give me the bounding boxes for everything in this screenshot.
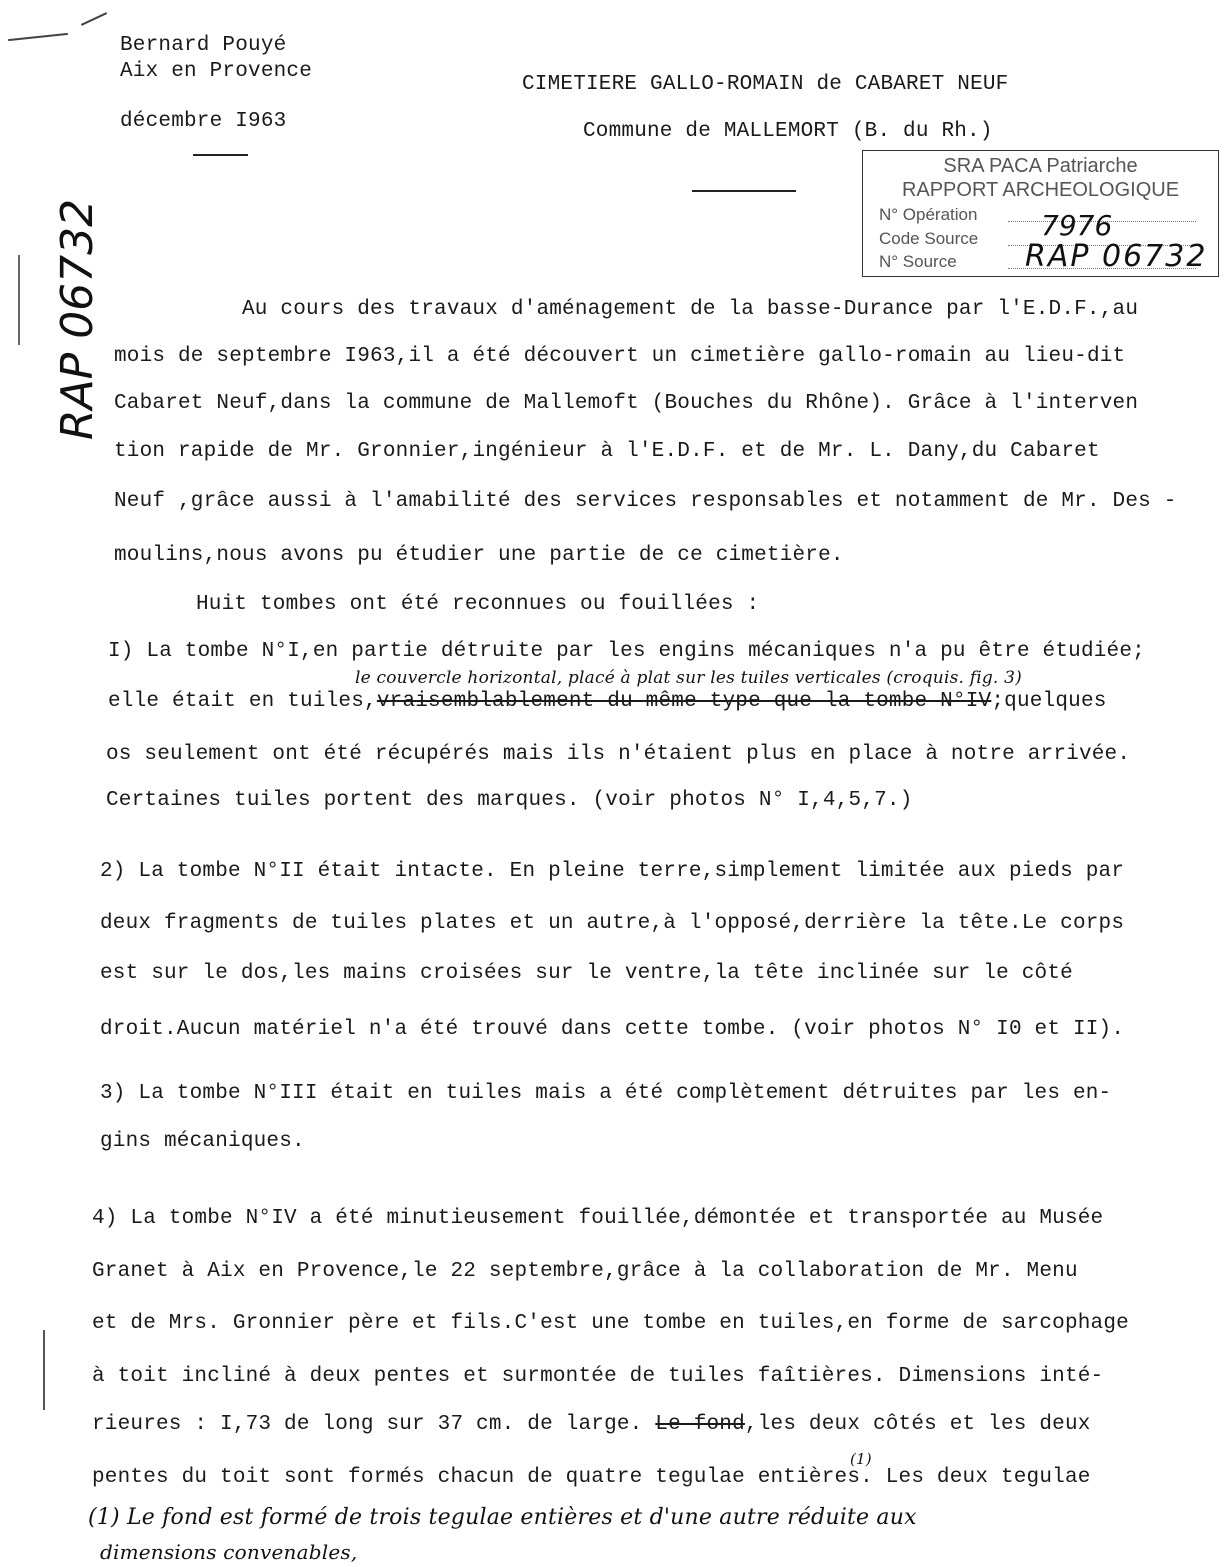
stamp-source-label: N° Source [879, 252, 957, 272]
tomb2-line: 2) La tombe N°II était intacte. En plein… [100, 860, 1124, 883]
tomb4-line: pentes du toit sont formés chacun de qua… [92, 1466, 1091, 1489]
scan-mark [81, 12, 107, 26]
author-city: Aix en Provence [120, 60, 312, 83]
margin-mark [43, 1330, 45, 1410]
author-name: Bernard Pouyé [120, 34, 286, 57]
tomb1-line: os seulement ont été récupérés mais ils … [106, 743, 1130, 766]
tomb4-line5-start: rieures : I,73 de long sur 37 cm. de lar… [92, 1413, 655, 1436]
intro-line: mois de septembre I963,il a été découver… [114, 345, 1125, 368]
margin-mark [18, 255, 20, 345]
document-title: CIMETIERE GALLO-ROMAIN de CABARET NEUF [522, 73, 1008, 96]
tomb1-line: I) La tombe N°I,en partie détruite par l… [108, 640, 1145, 663]
tomb2-line: droit.Aucun matériel n'a été trouvé dans… [100, 1018, 1124, 1041]
intro-line: Cabaret Neuf,dans la commune de Mallemof… [114, 392, 1138, 415]
stamp-code-source-label: Code Source [879, 229, 978, 249]
scan-mark [8, 33, 68, 41]
stamp-operation-label: N° Opération [879, 205, 977, 225]
tomb4-line: 4) La tombe N°IV a été minutieusement fo… [92, 1207, 1103, 1230]
tomb1-line: Certaines tuiles portent des marques. (v… [106, 789, 913, 812]
header-divider-right [692, 190, 796, 192]
margin-reference: RAP 06732 [52, 199, 103, 440]
tomb1-line2-end: ;quelques [991, 690, 1106, 713]
tomb4-line: à toit incliné à deux pentes et surmonté… [92, 1365, 1103, 1388]
commune-line: Commune de MALLEMORT (B. du Rh.) [583, 120, 993, 143]
footnote-line: (1) Le fond est formé de trois tegulae e… [88, 1505, 917, 1530]
tomb3-line: gins mécaniques. [100, 1130, 305, 1153]
tomb1-struck-text: vraisemblablement du même type que la to… [377, 690, 992, 713]
intro-line: tion rapide de Mr. Gronnier,ingénieur à … [114, 440, 1100, 463]
archive-stamp: SRA PACA Patriarche RAPPORT ARCHEOLOGIQU… [862, 150, 1219, 277]
tomb4-line: rieures : I,73 de long sur 37 cm. de lar… [92, 1413, 1091, 1436]
tomb3-line: 3) La tombe N°III était en tuiles mais a… [100, 1082, 1111, 1105]
stamp-line-2: RAPPORT ARCHEOLOGIQUE [863, 179, 1218, 202]
stamp-line-1: SRA PACA Patriarche [863, 155, 1218, 178]
stamp-code-source-value: 7976 [1041, 209, 1112, 242]
tomb1-annotation: le couvercle horizontal, placé à plat su… [355, 668, 1022, 688]
intro-line: moulins,nous avons pu étudier une partie… [114, 544, 844, 567]
header-divider-left [193, 154, 248, 156]
report-date: décembre I963 [120, 110, 286, 133]
tomb4-line: Granet à Aix en Provence,le 22 septembre… [92, 1260, 1078, 1283]
intro-line: Au cours des travaux d'aménagement de la… [242, 298, 1138, 321]
tomb4-struck-text: Le fond [655, 1413, 745, 1436]
tomb1-line: elle était en tuiles,vraisemblablement d… [108, 690, 1107, 713]
tomb4-line: et de Mrs. Gronnier père et fils.C'est u… [92, 1312, 1129, 1335]
stamp-source-value: RAP 06732 [1025, 239, 1207, 274]
tomb2-line: deux fragments de tuiles plates et un au… [100, 912, 1124, 935]
intro-line: Neuf ,grâce aussi à l'amabilité des serv… [114, 490, 1177, 513]
footnote-line: dimensions convenables, [100, 1540, 357, 1564]
summary-line: Huit tombes ont été reconnues ou fouillé… [196, 593, 759, 616]
tomb2-line: est sur le dos,les mains croisées sur le… [100, 962, 1073, 985]
tomb4-line5-end: ,les deux côtés et les deux [745, 1413, 1091, 1436]
tomb1-line2-start: elle était en tuiles, [108, 690, 377, 713]
